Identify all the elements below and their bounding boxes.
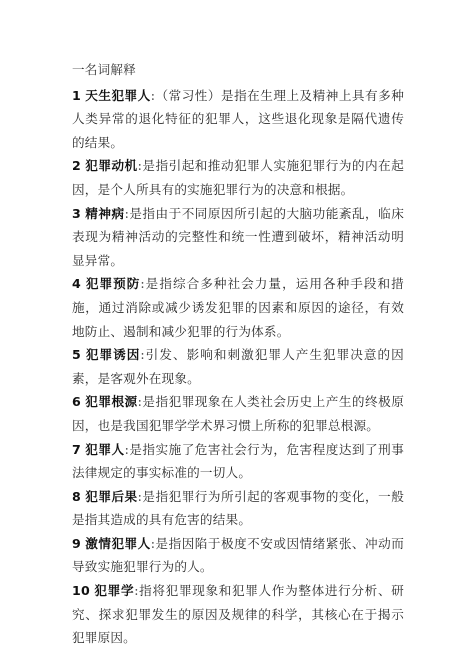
entry-number: 10 [72,583,90,598]
definition-entry-1: 1天生犯罪人:（常习性）是指在生理上及精神上具有多种人类异常的退化特征的犯罪人，… [72,84,404,155]
definition-entry-5: 5犯罪诱因:引发、影响和刺激犯罪人产生犯罪决意的因素，是客观外在现象。 [72,343,404,390]
entry-term: 犯罪学 [94,583,134,598]
entry-number: 9 [72,536,81,551]
definition-entry-9: 9激情犯罪人:是指因陷于极度不安或因情绪紧张、冲动而导致实施犯罪行为的人。 [72,532,404,579]
entry-term: 犯罪动机 [85,158,138,173]
entry-number: 1 [72,88,81,103]
entry-number: 6 [72,394,81,409]
entry-term: 犯罪后果 [85,489,138,504]
definition-entry-7: 7犯罪人:是指实施了危害社会行为，危害程度达到了刑事法律规定的事实标准的一切人。 [72,438,404,485]
entry-term: 激情犯罪人 [85,536,151,551]
entry-number: 7 [72,442,81,457]
entry-number: 3 [72,206,81,221]
entry-term: 犯罪人 [85,442,125,457]
definition-entry-3: 3精神病:是指由于不同原因所引起的大脑功能紊乱，临床表现为精神活动的完整性和统一… [72,202,404,273]
definition-entry-6: 6犯罪根源:是指犯罪现象在人类社会历史上产生的终极原因，也是我国犯罪学学术界习惯… [72,390,404,437]
definition-entry-4: 4犯罪预防:是指综合多种社会力量，运用各种手段和措施，通过消除或减少诱发犯罪的因… [72,272,404,343]
entry-term: 犯罪预防 [85,276,140,291]
entry-term: 犯罪诱因 [85,347,140,362]
definition-entry-2: 2犯罪动机:是指引起和推动犯罪人实施犯罪行为的内在起因，是个人所具有的实施犯罪行… [72,154,404,201]
entry-term: 犯罪根源 [85,394,138,409]
section-heading: 一名词解释 [72,58,404,82]
entry-number: 8 [72,489,81,504]
entry-term: 天生犯罪人 [85,88,151,103]
entry-number: 5 [72,347,81,362]
entry-term: 精神病 [85,206,125,221]
document-page: 一名词解释 1天生犯罪人:（常习性）是指在生理上及精神上具有多种人类异常的退化特… [72,58,404,650]
entry-number: 2 [72,158,81,173]
entry-number: 4 [72,276,81,291]
definition-entry-10: 10犯罪学:指将犯罪现象和犯罪人作为整体进行分析、研究、探求犯罪发生的原因及规律… [72,579,404,650]
definition-entry-8: 8犯罪后果:是指犯罪行为所引起的客观事物的变化，一般是指其造成的具有危害的结果。 [72,485,404,532]
